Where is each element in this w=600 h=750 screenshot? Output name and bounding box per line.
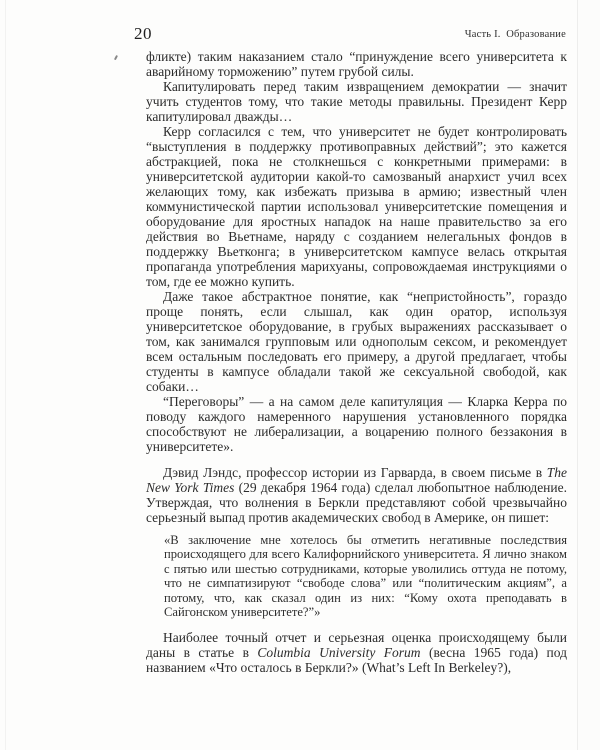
book-page: 20 Часть I. Образование фликте) таким на… [0, 0, 600, 750]
body-paragraph: “Переговоры” — а на самом деле капитуляц… [146, 394, 567, 454]
text-column: фликте) таким наказанием стало “принужде… [146, 49, 567, 675]
body-paragraph: фликте) таким наказанием стало “принужде… [146, 49, 567, 79]
text-run: Керр согласился с тем, что университет н… [146, 124, 567, 289]
page-left-edge [5, 0, 6, 750]
text-run: “Переговоры” — а на самом деле капитуляц… [146, 394, 567, 454]
quote-paragraph: «В заключение мне хотелось бы отметить н… [164, 533, 567, 619]
page-right-margin-band [578, 0, 600, 750]
text-run: «В заключение мне хотелось бы отметить н… [164, 533, 567, 619]
text-run: Капитулировать перед таким извращением д… [146, 79, 567, 124]
text-run: фликте) таким наказанием стало “принужде… [146, 49, 567, 79]
body-paragraph: Капитулировать перед таким извращением д… [146, 79, 567, 124]
body-paragraph: Керр согласился с тем, что университет н… [146, 124, 567, 289]
scan-artifact-mark [114, 55, 118, 60]
page-right-edge [577, 0, 578, 750]
text-run: Даже такое абстрактное понятие, как “неп… [146, 289, 567, 394]
running-head: Часть I. Образование [465, 29, 566, 40]
italic-title-text: Columbia University Forum [257, 645, 420, 660]
text-run: Дэвид Лэндс, профессор истории из Гарвар… [163, 465, 547, 480]
body-paragraph: Наиболее точный отчет и серьезная оценка… [146, 630, 567, 675]
body-paragraph: Даже такое абстрактное понятие, как “неп… [146, 289, 567, 394]
page-number: 20 [134, 24, 152, 44]
body-paragraph: Дэвид Лэндс, профессор истории из Гарвар… [146, 465, 567, 525]
